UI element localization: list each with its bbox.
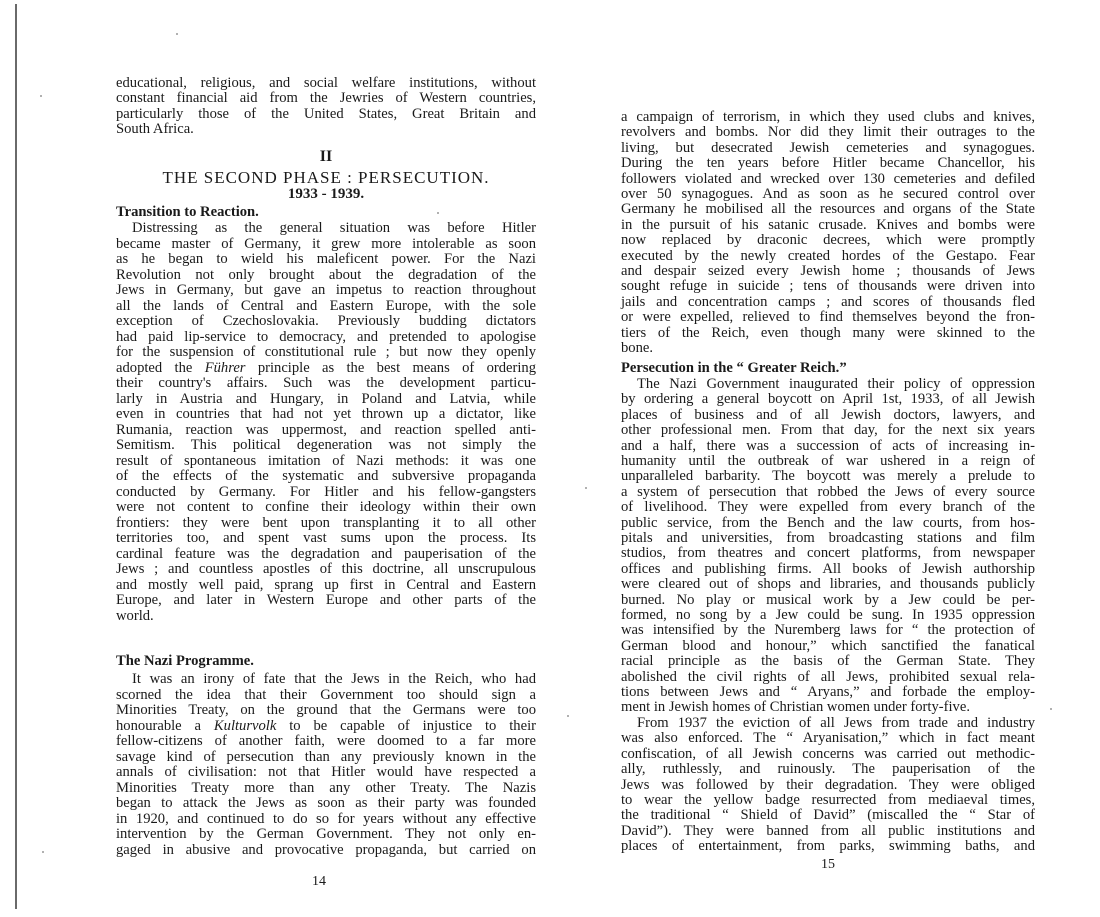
text-line: followers violated and wrecked over 130 … [621,172,1035,187]
text-line: adopted the Führer principle as the best… [116,361,536,376]
text-line: ment in Jewish homes of Christian women … [621,700,1035,715]
text-line: now replaced by draconic decrees, which … [621,233,1035,248]
text-line: the traditional “ Shield of David” (misc… [621,808,1035,823]
text-line: public service, from the Bench and the l… [621,516,1035,531]
text-line: a system of persecution that robbed the … [621,485,1035,500]
text-line: fellow-citizens of another faith, were d… [116,734,536,749]
text-line: cardinal feature was the degradation and… [116,547,536,562]
text-line: by ordering a general boycott on April 1… [621,392,1035,407]
text-line: savage kind of persecution than any prev… [116,750,536,765]
scan-speck [1028,268,1030,270]
text-line: began to attack the Jews as soon as thei… [116,796,536,811]
text-line: pitals and universities, from broadcasti… [621,531,1035,546]
text-line: Rumania, reaction was uppermost, and rea… [116,423,536,438]
text-line: Jews ; and countless apostles of this do… [116,562,536,577]
text-line: larly in Austria and Hungary, in Poland … [116,392,536,407]
text-line: or were expelled, relieved to find thems… [621,310,1035,325]
text-line: conducted by Germany. For Hitler and his… [116,485,536,500]
text-line: The Nazi Government inaugurated their po… [621,377,1035,392]
chapter-years: 1933 - 1939. [116,186,536,203]
text-line: particularly those of the United States,… [116,107,536,122]
text-line: jails and concentration camps ; and scor… [621,295,1035,310]
text-line: formed, no song by a Jew could be sung. … [621,608,1035,623]
text-line: had paid lip-service to democracy, and p… [116,330,536,345]
text-line: gaged in abusive and provocative propaga… [116,843,536,858]
text-line: annals of civilisation: not that Hitler … [116,765,536,780]
text-line: burned. No play or musical work by a Jew… [621,593,1035,608]
text-line: other professional men. From that day, f… [621,423,1035,438]
scan-speck [40,95,42,97]
text-line: ally, ruthlessly, and ruinously. The pau… [621,762,1035,777]
text-line: territories too, and spent vast sums upo… [116,531,536,546]
text-line: Germany he mobilised all the resources a… [621,202,1035,217]
text-line: humanity until the outbreak of war usher… [621,454,1035,469]
text-line: educational, religious, and social welfa… [116,76,536,91]
text-line: even in countries that had not yet throw… [116,407,536,422]
text-line: Europe, and later in Western Europe and … [116,593,536,608]
text-line: honourable a Kulturvolk to be capable of… [116,719,536,734]
text-line: were cleared out of shops and libraries,… [621,577,1035,592]
text-line: became master of Germany, it grew more i… [116,237,536,252]
scan-speck [176,33,178,35]
text-line: a campaign of terrorism, in which they u… [621,110,1035,125]
binding-edge-line [15,4,17,909]
text-line: German blood and honour,” which sanctifi… [621,639,1035,654]
text-line: in the pursuit of his satanic crusade. K… [621,218,1035,233]
text-line: were not content to confine their ideolo… [116,500,536,515]
text-line: was intensified by the Nuremberg laws fo… [621,623,1035,638]
text-line: offices and publishing firms. All books … [621,562,1035,577]
text-line: It was an irony of fate that the Jews in… [116,672,536,687]
text-line: tiers of the Reich, even though many wer… [621,326,1035,341]
section-heading-greater-reich: Persecution in the “ Greater Reich.” [621,360,847,377]
text-line: of the effects of the systematic and sub… [116,469,536,484]
text-line: places of business and of all Jewish doc… [621,408,1035,423]
text-line: Semitism. This political degeneration wa… [116,438,536,453]
text-line: of livelihood. They were expelled from e… [621,500,1035,515]
text-line: From 1937 the eviction of all Jews from … [621,716,1035,731]
text-line: for the suspension of constitutional rul… [116,345,536,360]
scan-speck [437,212,439,214]
text-line: intervention by the German Government. T… [116,827,536,842]
chapter-title: THE SECOND PHASE : PERSECUTION. [116,168,536,188]
text-line: exception of Czechoslovakia. Previously … [116,314,536,329]
text-line: revolvers and bombs. Nor did they limit … [621,125,1035,140]
text-line: David”). They were banned from all publi… [621,824,1035,839]
section-heading-transition: Transition to Reaction. [116,204,259,221]
scan-speck [1050,708,1052,710]
text-line: and despair seized every Jewish home ; t… [621,264,1035,279]
text-line: unparalleled barbarity. The boycott was … [621,469,1035,484]
text-line: South Africa. [116,122,536,137]
page-number-left: 14 [312,874,326,890]
text-line: to wear the yellow badge resurrected fro… [621,793,1035,808]
text-line: abolished the civil rights of all Jews, … [621,670,1035,685]
text-line: places of entertainment, from parks, swi… [621,839,1035,854]
text-line: Jews was followed by their degradation. … [621,778,1035,793]
text-line: tions between Jews and “ Aryans,” and fo… [621,685,1035,700]
text-line: as he began to wield his maleficent powe… [116,252,536,267]
text-line: scorned the idea that their Government t… [116,688,536,703]
scan-speck [42,851,44,853]
text-line: and a half, there was a succession of ac… [621,439,1035,454]
text-line: During the ten years before Hitler becam… [621,156,1035,171]
scan-speck [567,715,569,717]
text-line: racial principle as the basis of the Ger… [621,654,1035,669]
text-line: bone. [621,341,1035,356]
text-line: constant financial aid from the Jewries … [116,91,536,106]
text-line: executed by the newly created hordes of … [621,249,1035,264]
text-line: confiscation, of all Jewish concerns was… [621,747,1035,762]
text-line: result of spontaneous imitation of Nazi … [116,454,536,469]
text-line: and mostly well paid, sprang up first in… [116,578,536,593]
chapter-number: II [116,148,536,166]
text-line: studios, from theatres and concert platf… [621,546,1035,561]
text-line: frontiers: they were bent upon transplan… [116,516,536,531]
page-number-right: 15 [821,857,835,873]
section-heading-nazi-programme: The Nazi Programme. [116,653,254,670]
text-line: Distressing as the general situation was… [116,221,536,236]
text-line: in 1920, and continued to do so for year… [116,812,536,827]
scan-speck [585,487,587,489]
text-line: over 50 synagogues. And as soon as he se… [621,187,1035,202]
text-line: their country's affairs. Such was the de… [116,376,536,391]
text-line: world. [116,609,536,624]
text-line: Revolution not only brought about the de… [116,268,536,283]
text-line: Minorities Treaty, on the ground that th… [116,703,536,718]
text-line: Jews in Germany, but gave an impetus to … [116,283,536,298]
text-line: sought refuge in suicide ; tens of thous… [621,279,1035,294]
text-line: living, but desecrated Jewish cemeteries… [621,141,1035,156]
text-line: Minorities Treaty more than any other Tr… [116,781,536,796]
text-line: was also enforced. The “ Aryanisation,” … [621,731,1035,746]
text-line: all the lands of Central and Eastern Eur… [116,299,536,314]
